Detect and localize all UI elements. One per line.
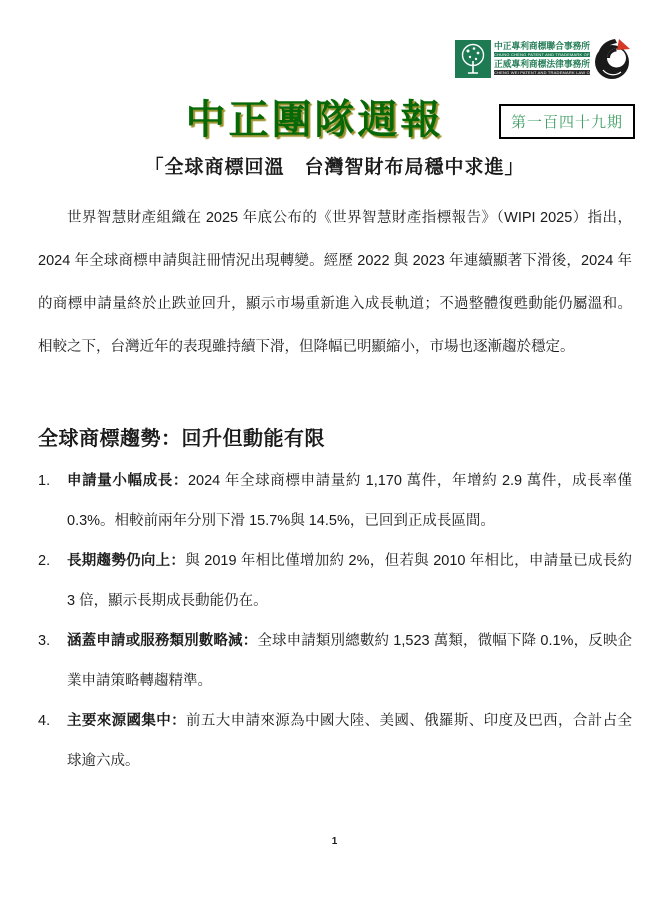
section-heading: 全球商標趨勢：回升但動能有限 xyxy=(38,422,325,451)
firm-logo: 中正專利商標聯合事務所 CHUNG CHENG PATENT AND TRADE… xyxy=(455,36,631,82)
report-subtitle: 「全球商標回溫 台灣智財布局穩中求進」 xyxy=(0,152,669,179)
issue-badge: 第一百四十九期 xyxy=(499,104,635,139)
firm2-name-en: CHENG WEI PATENT AND TRADEMARK LAW OFFIC… xyxy=(494,70,590,75)
firm2-name: 正威專利商標法律事務所 xyxy=(494,59,587,69)
item-text: 涵蓋申請或服務類別數略減：全球申請類別總數約 1,523 萬類，微幅下降 0.1… xyxy=(67,621,632,701)
trend-list: 1. 申請量小幅成長：2024 年全球商標申請量約 1,170 萬件，年增約 2… xyxy=(38,461,632,781)
report-page: 中正專利商標聯合事務所 CHUNG CHENG PATENT AND TRADE… xyxy=(0,0,669,923)
list-item: 3. 涵蓋申請或服務類別數略減：全球申請類別總數約 1,523 萬類，微幅下降 … xyxy=(38,621,632,701)
swoosh-arrow-icon xyxy=(593,37,631,81)
firm-names: 中正專利商標聯合事務所 CHUNG CHENG PATENT AND TRADE… xyxy=(494,41,590,77)
item-text: 主要來源國集中：前五大申請來源為中國大陸、美國、俄羅斯、印度及巴西，合計占全球逾… xyxy=(67,701,632,781)
intro-paragraph: 世界智慧財產組織在 2025 年底公布的《世界智慧財產指標報告》（WIPI 20… xyxy=(38,197,632,369)
firm1-name: 中正專利商標聯合事務所 xyxy=(494,41,587,51)
tree-emblem-icon xyxy=(455,39,491,79)
page-number: 1 xyxy=(0,836,669,847)
item-number: 1. xyxy=(38,461,67,501)
item-number: 4. xyxy=(38,701,67,741)
firm1-name-en: CHUNG CHENG PATENT AND TRADEMARK OFFICE xyxy=(494,52,590,57)
list-item: 1. 申請量小幅成長：2024 年全球商標申請量約 1,170 萬件，年增約 2… xyxy=(38,461,632,541)
item-lead: 主要來源國集中： xyxy=(67,713,186,729)
item-lead: 申請量小幅成長： xyxy=(67,473,188,489)
list-item: 2. 長期趨勢仍向上：與 2019 年相比僅增加約 2%，但若與 2010 年相… xyxy=(38,541,632,621)
item-number: 2. xyxy=(38,541,67,581)
item-text: 長期趨勢仍向上：與 2019 年相比僅增加約 2%，但若與 2010 年相比，申… xyxy=(67,541,632,621)
item-number: 3. xyxy=(38,621,67,661)
item-lead: 涵蓋申請或服務類別數略減： xyxy=(67,633,257,649)
item-text: 申請量小幅成長：2024 年全球商標申請量約 1,170 萬件，年增約 2.9 … xyxy=(67,461,632,541)
item-lead: 長期趨勢仍向上： xyxy=(67,553,185,569)
list-item: 4. 主要來源國集中：前五大申請來源為中國大陸、美國、俄羅斯、印度及巴西，合計占… xyxy=(38,701,632,781)
